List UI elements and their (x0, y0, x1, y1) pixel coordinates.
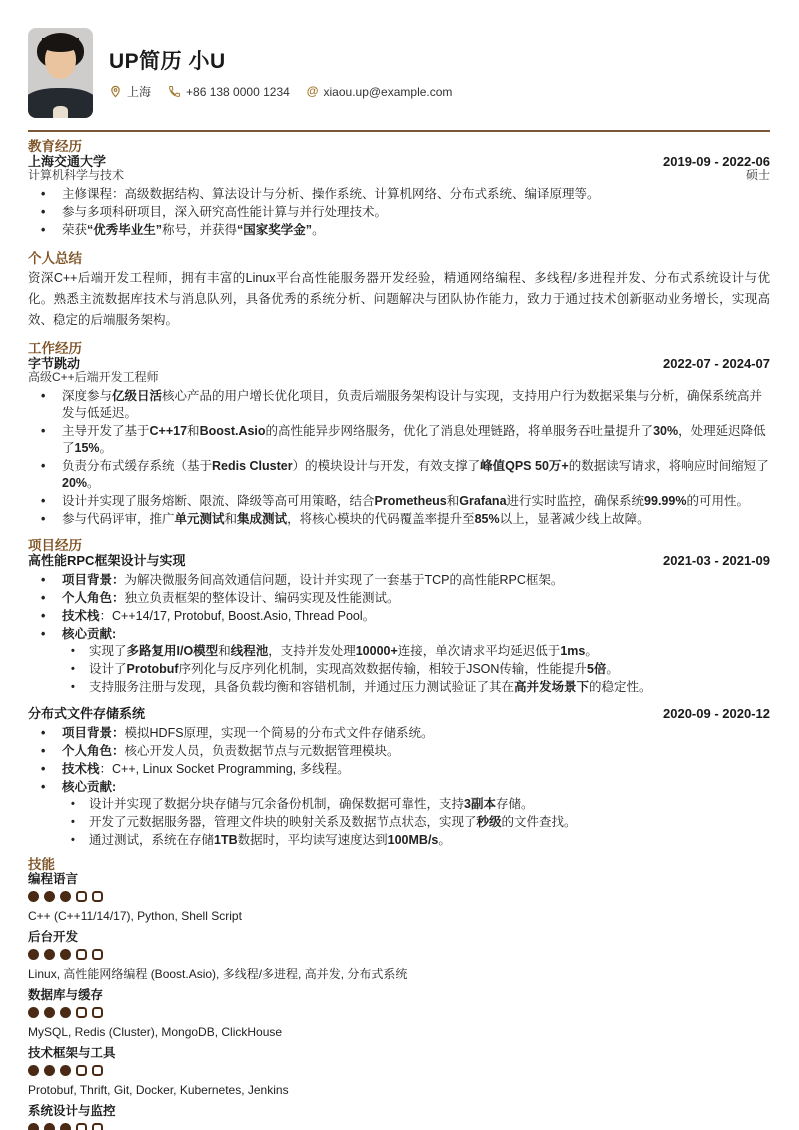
work-dates: 2022-07 - 2024-07 (663, 356, 770, 371)
skill-dot-hollow (76, 1123, 87, 1130)
skill-dot-filled (28, 1007, 39, 1018)
summary-text: 资深C++后端开发工程师，拥有丰富的Linux平台高性能服务器开发经验，精通网络… (28, 268, 770, 331)
at-icon: @ (307, 85, 319, 98)
skill-dot-filled (60, 949, 71, 960)
education-header-row: 上海交通大学 2019-09 - 2022-06 (28, 154, 770, 169)
project-bullet-list: 项目背景：为解决微服务间高效通信问题，设计并实现了一套基于TCP的高性能RPC框… (28, 572, 770, 696)
work-bullet: 深度参与亿级日活核心产品的用户增长优化项目，负责后端服务架构设计与实现，支持用户… (28, 388, 770, 422)
education-bullet: 主修课程：高级数据结构、算法设计与分析、操作系统、计算机网络、分布式系统、编译原… (28, 186, 770, 203)
contact-email-text: xiaou.up@example.com (324, 85, 453, 99)
skill-dot-filled (60, 891, 71, 902)
education-dates: 2019-09 - 2022-06 (663, 154, 770, 169)
skill-dot-filled (60, 1007, 71, 1018)
avatar-shirt (53, 106, 68, 118)
project-dates: 2021-03 - 2021-09 (663, 553, 770, 568)
company-name: 字节跳动 (28, 356, 80, 371)
project-bullet: 核心贡献:实现了多路复用I/O模型和线程池，支持并发处理10000+连接，单次请… (28, 626, 770, 696)
job-title: 高级C++后端开发工程师 (28, 371, 159, 384)
skill-name: 系统设计与监控 (28, 1104, 770, 1119)
skill-dot-filled (60, 1065, 71, 1076)
skill-dot-hollow (92, 949, 103, 960)
work-section: 工作经历 字节跳动 2022-07 - 2024-07 高级C++后端开发工程师… (28, 341, 770, 528)
projects-title: 项目经历 (28, 538, 770, 553)
profile-photo (28, 28, 93, 118)
skill-item: 数据库与缓存MySQL, Redis (Cluster), MongoDB, C… (28, 988, 770, 1039)
projects-section: 项目经历 高性能RPC框架设计与实现2021-03 - 2021-09项目背景：… (28, 538, 770, 849)
education-bullet: 参与多项科研项目，深入研究高性能计算与并行处理技术。 (28, 204, 770, 221)
location-icon (109, 85, 122, 98)
project-bullet: 项目背景：模拟HDFS原理，实现一个简易的分布式文件存储系统。 (28, 725, 770, 742)
project-bullet: 技术栈：C++14/17, Protobuf, Boost.Asio, Thre… (28, 608, 770, 625)
project-bullet: 技术栈：C++, Linux Socket Programming, 多线程。 (28, 761, 770, 778)
skill-dot-filled (44, 1123, 55, 1130)
contact-location: 上海 (109, 83, 151, 100)
summary-section: 个人总结 资深C++后端开发工程师，拥有丰富的Linux平台高性能服务器开发经验… (28, 251, 770, 331)
phone-icon (168, 85, 181, 98)
skill-detail: C++ (C++11/14/17), Python, Shell Script (28, 909, 770, 923)
skill-dot-filled (28, 1123, 39, 1130)
project-sub-bullet: 设计了Protobuf序列化与反序列化机制，实现高效数据传输，相较于JSON传输… (62, 661, 770, 678)
contact-email: @ xiaou.up@example.com (307, 85, 453, 99)
education-title: 教育经历 (28, 139, 770, 154)
projects-container: 高性能RPC框架设计与实现2021-03 - 2021-09项目背景：为解决微服… (28, 553, 770, 849)
skills-section: 技能 编程语言C++ (C++11/14/17), Python, Shell … (28, 857, 770, 1130)
project-header-row: 高性能RPC框架设计与实现2021-03 - 2021-09 (28, 553, 770, 568)
contact-phone-text: +86 138 0000 1234 (186, 85, 290, 99)
project-item: 分布式文件存储系统2020-09 - 2020-12项目背景：模拟HDFS原理，… (28, 706, 770, 849)
avatar-fringe (42, 38, 79, 52)
contact-row: 上海 +86 138 0000 1234 @ xiaou.up@example.… (109, 83, 452, 100)
education-bullet-list: 主修课程：高级数据结构、算法设计与分析、操作系统、计算机网络、分布式系统、编译原… (28, 186, 770, 239)
skill-name: 数据库与缓存 (28, 988, 770, 1003)
project-header-row: 分布式文件存储系统2020-09 - 2020-12 (28, 706, 770, 721)
project-item: 高性能RPC框架设计与实现2021-03 - 2021-09项目背景：为解决微服… (28, 553, 770, 696)
contact-phone: +86 138 0000 1234 (168, 85, 290, 99)
skill-item: 系统设计与监控 (28, 1104, 770, 1130)
work-bullet: 设计并实现了服务熔断、限流、降级等高可用策略，结合Prometheus和Graf… (28, 493, 770, 510)
skill-dot-hollow (92, 1007, 103, 1018)
work-header-row: 字节跳动 2022-07 - 2024-07 (28, 356, 770, 371)
skill-name: 编程语言 (28, 872, 770, 887)
skill-dot-filled (28, 1065, 39, 1076)
work-bullet: 负责分布式缓存系统（基于Redis Cluster）的模块设计与开发，有效支撑了… (28, 458, 770, 492)
contact-location-text: 上海 (127, 83, 151, 100)
skill-level-dots (28, 949, 770, 960)
skill-dot-hollow (92, 1123, 103, 1130)
project-sub-bullet: 支持服务注册与发现，具备负载均衡和容错机制，并通过压力测试验证了其在高并发场景下… (62, 679, 770, 696)
skill-level-dots (28, 1007, 770, 1018)
work-bullet-list: 深度参与亿级日活核心产品的用户增长优化项目，负责后端服务架构设计与实现，支持用户… (28, 388, 770, 528)
project-bullet: 核心贡献:设计并实现了数据分块存储与冗余备份机制，确保数据可靠性，支持3副本存储… (28, 779, 770, 849)
work-bullet: 参与代码评审，推广单元测试和集成测试，将核心模块的代码覆盖率提升至85%以上，显… (28, 511, 770, 528)
project-bullet: 个人角色：独立负责框架的整体设计、编码实现及性能测试。 (28, 590, 770, 607)
skill-dot-filled (60, 1123, 71, 1130)
project-name: 高性能RPC框架设计与实现 (28, 553, 185, 568)
work-sub-row: 高级C++后端开发工程师 (28, 371, 770, 384)
skill-dot-hollow (92, 891, 103, 902)
degree-name: 硕士 (746, 169, 770, 182)
education-bullet: 荣获“优秀毕业生”称号，并获得“国家奖学金”。 (28, 222, 770, 239)
project-sub-bullet: 设计并实现了数据分块存储与冗余备份机制，确保数据可靠性，支持3副本存储。 (62, 796, 770, 813)
skill-dot-hollow (76, 1007, 87, 1018)
skill-dot-hollow (76, 891, 87, 902)
skill-dot-filled (44, 1065, 55, 1076)
skill-item: 技术框架与工具Protobuf, Thrift, Git, Docker, Ku… (28, 1046, 770, 1097)
project-bullet: 个人角色：核心开发人员，负责数据节点与元数据管理模块。 (28, 743, 770, 760)
skill-level-dots (28, 891, 770, 902)
header-divider (28, 130, 770, 132)
summary-title: 个人总结 (28, 251, 770, 266)
skill-item: 编程语言C++ (C++11/14/17), Python, Shell Scr… (28, 872, 770, 923)
skills-container: 编程语言C++ (C++11/14/17), Python, Shell Scr… (28, 872, 770, 1130)
skill-detail: Linux, 高性能网络编程 (Boost.Asio), 多线程/多进程, 高并… (28, 967, 770, 981)
resume-page: UP简历 小U 上海 +86 138 0000 1234 @ (0, 0, 799, 1130)
skill-dot-hollow (76, 949, 87, 960)
education-section: 教育经历 上海交通大学 2019-09 - 2022-06 计算机科学与技术 硕… (28, 139, 770, 239)
candidate-name: UP简历 小U (109, 48, 452, 76)
education-sub-row: 计算机科学与技术 硕士 (28, 169, 770, 182)
skill-dot-hollow (76, 1065, 87, 1076)
skill-dot-filled (28, 949, 39, 960)
project-sub-bullet: 实现了多路复用I/O模型和线程池，支持并发处理10000+连接，单次请求平均延迟… (62, 643, 770, 660)
school-name: 上海交通大学 (28, 154, 106, 169)
skill-dot-filled (28, 891, 39, 902)
skill-level-dots (28, 1123, 770, 1130)
skill-level-dots (28, 1065, 770, 1076)
skill-detail: Protobuf, Thrift, Git, Docker, Kubernete… (28, 1083, 770, 1097)
work-bullet: 主导开发了基于C++17和Boost.Asio的高性能异步网络服务，优化了消息处… (28, 423, 770, 457)
header-info: UP简历 小U 上海 +86 138 0000 1234 @ (109, 28, 452, 118)
work-title: 工作经历 (28, 341, 770, 356)
skill-dot-filled (44, 1007, 55, 1018)
skill-name: 技术框架与工具 (28, 1046, 770, 1061)
resume-header: UP简历 小U 上海 +86 138 0000 1234 @ (28, 28, 770, 118)
project-sub-bullet-list: 设计并实现了数据分块存储与冗余备份机制，确保数据可靠性，支持3副本存储。开发了元… (62, 796, 770, 849)
project-bullet-list: 项目背景：模拟HDFS原理，实现一个简易的分布式文件存储系统。个人角色：核心开发… (28, 725, 770, 849)
skill-name: 后台开发 (28, 930, 770, 945)
skill-detail: MySQL, Redis (Cluster), MongoDB, ClickHo… (28, 1025, 770, 1039)
major-name: 计算机科学与技术 (28, 169, 124, 182)
project-name: 分布式文件存储系统 (28, 706, 145, 721)
skill-dot-filled (44, 949, 55, 960)
skills-title: 技能 (28, 857, 770, 872)
project-sub-bullet: 开发了元数据服务器，管理文件块的映射关系及数据节点状态，实现了秒级的文件查找。 (62, 814, 770, 831)
project-sub-bullet-list: 实现了多路复用I/O模型和线程池，支持并发处理10000+连接，单次请求平均延迟… (62, 643, 770, 696)
project-dates: 2020-09 - 2020-12 (663, 706, 770, 721)
project-bullet: 项目背景：为解决微服务间高效通信问题，设计并实现了一套基于TCP的高性能RPC框… (28, 572, 770, 589)
skill-dot-filled (44, 891, 55, 902)
skill-dot-hollow (92, 1065, 103, 1076)
project-sub-bullet: 通过测试，系统在存储1TB数据时，平均读写速度达到100MB/s。 (62, 832, 770, 849)
skill-item: 后台开发Linux, 高性能网络编程 (Boost.Asio), 多线程/多进程… (28, 930, 770, 981)
